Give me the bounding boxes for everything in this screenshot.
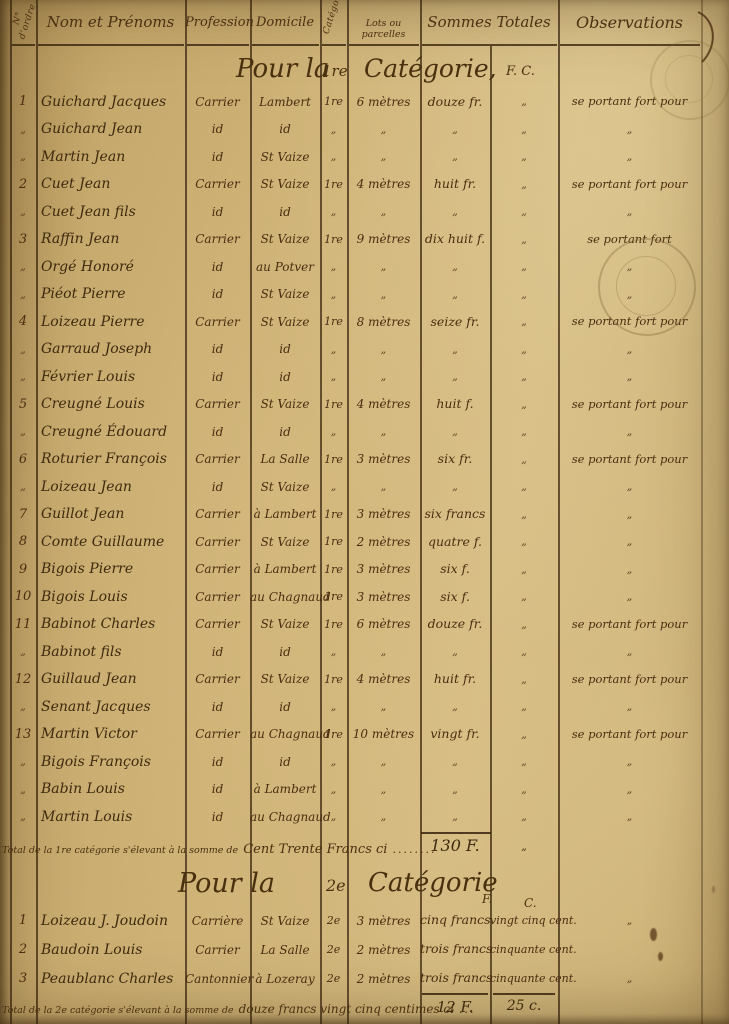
header-col-domicile: Domicile <box>250 15 320 30</box>
table-row: 2Baudoin LouisCarrierLa Salle2e2 mètrest… <box>10 935 701 964</box>
cell-cat: 2e <box>320 944 347 955</box>
cell-prof: Cantonnier <box>185 973 250 985</box>
cell-dom: id <box>250 123 320 135</box>
table-row: „Martin JeanidSt Vaize„„„„„ <box>10 143 701 171</box>
cell-cat: „ <box>320 289 347 300</box>
cell-f: six f. <box>420 563 490 576</box>
cell-lots: 3 mètres <box>347 563 420 575</box>
cell-no: „ <box>10 481 36 492</box>
cell-no: „ <box>10 784 36 795</box>
cell-no: 1 <box>10 914 36 927</box>
header-col-lots: Lots ou parcelles <box>347 18 420 40</box>
cell-dom: id <box>250 371 320 383</box>
cell-c: „ <box>490 591 558 602</box>
cell-lots: 6 mètres <box>347 96 420 108</box>
cell-f: seize fr. <box>420 316 490 329</box>
cell-nom: Guillaud Jean <box>36 672 185 686</box>
table-row: 2Cuet JeanCarrierSt Vaize1re4 mètreshuit… <box>10 171 701 199</box>
table-row: 4Loizeau PierreCarrierSt Vaize1re8 mètre… <box>10 308 701 336</box>
total-row-1: Total de la 1re catégorie s'élevant à la… <box>2 838 437 857</box>
cell-dom: à Lambert <box>250 783 320 795</box>
cell-lots: 4 mètres <box>347 398 420 410</box>
cell-prof: id <box>185 783 250 795</box>
table-row: „Orgé Honoréidau Potver„„„„„ <box>10 253 701 281</box>
cell-obs: „ <box>558 564 701 575</box>
cell-prof: id <box>185 701 250 713</box>
cell-nom: Martin Victor <box>36 727 185 741</box>
cell-prof: Carrier <box>185 728 250 740</box>
cell-no: „ <box>10 289 36 300</box>
cell-no: „ <box>10 646 36 657</box>
cell-obs: „ <box>558 591 701 602</box>
cell-prof: Carrier <box>185 944 250 956</box>
table-row: „Cuet Jean filsidid„„„„„ <box>10 198 701 226</box>
header-rule <box>349 44 419 46</box>
cell-no: 12 <box>10 673 36 686</box>
header-rule <box>38 44 184 46</box>
total-row-2: Total de la 2e catégorie s'élevant à la … <box>2 998 476 1017</box>
cell-f: „ <box>420 261 490 272</box>
sum-rule <box>421 832 491 834</box>
cell-no: „ <box>10 371 36 382</box>
cell-cat: 1re <box>320 536 347 547</box>
embossed-stamp <box>598 238 696 336</box>
cell-f: trois francs <box>420 972 490 985</box>
cell-prof: id <box>185 646 250 658</box>
cell-nom: Loizeau Jean <box>36 480 185 494</box>
cell-f: „ <box>420 344 490 355</box>
header-rule <box>422 44 557 46</box>
cell-lots: „ <box>347 811 420 822</box>
table-row: „Garraud Josephidid„„„„„ <box>10 336 701 364</box>
cell-obs: „ <box>558 124 701 135</box>
section-title-f-mark: F. <box>482 892 492 906</box>
cell-cat: „ <box>320 481 347 492</box>
cell-obs: „ <box>558 784 701 795</box>
cell-c: „ <box>490 756 558 767</box>
cell-prof: id <box>185 756 250 768</box>
cell-nom: Bigois François <box>36 755 185 769</box>
cell-dom: St Vaize <box>250 288 320 300</box>
header-col-observations: Observations <box>558 13 701 32</box>
table-row: „Février Louisidid„„„„„ <box>10 363 701 391</box>
cell-cat: „ <box>320 371 347 382</box>
cell-obs: se portant fort pour <box>558 179 701 191</box>
cell-lots: 2 mètres <box>347 973 420 985</box>
cell-no: „ <box>10 206 36 217</box>
cell-dom: St Vaize <box>250 915 320 927</box>
cell-dom: id <box>250 646 320 658</box>
cell-dom: St Vaize <box>250 673 320 685</box>
cell-f: six fr. <box>420 453 490 466</box>
cell-prof: Carrier <box>185 398 250 410</box>
cell-cat: 1re <box>320 96 347 107</box>
cell-prof: Carrier <box>185 673 250 685</box>
embossed-stamp <box>650 40 729 120</box>
paper-damage <box>712 886 715 893</box>
cell-lots: 6 mètres <box>347 618 420 630</box>
header-col-profession: Profession <box>185 15 250 30</box>
table-row: „Creugné Édouardidid„„„„„ <box>10 418 701 446</box>
column-divider-right <box>701 0 703 1024</box>
cell-f: „ <box>420 811 490 822</box>
cell-c: „ <box>490 151 558 162</box>
cell-dom: à Lambert <box>250 563 320 575</box>
cell-lots: 3 mètres <box>347 453 420 465</box>
cell-dom: St Vaize <box>250 151 320 163</box>
cell-prof: id <box>185 481 250 493</box>
cell-lots: „ <box>347 784 420 795</box>
cell-dom: au Chagnaud <box>250 728 320 740</box>
cell-c: cinquante cent. <box>490 944 558 955</box>
cell-nom: Baudoin Louis <box>36 943 185 957</box>
cell-f: „ <box>420 784 490 795</box>
cell-c: „ <box>490 316 558 327</box>
cell-lots: „ <box>347 426 420 437</box>
cell-no: 10 <box>10 590 36 603</box>
cell-c: „ <box>490 261 558 272</box>
cell-nom: Raffin Jean <box>36 232 185 246</box>
cell-obs: „ <box>558 646 701 657</box>
cell-no: 3 <box>10 972 36 985</box>
cell-c: „ <box>490 234 558 245</box>
cell-prof: id <box>185 288 250 300</box>
cell-cat: „ <box>320 261 347 272</box>
cell-f: „ <box>420 371 490 382</box>
cell-f: „ <box>420 124 490 135</box>
cell-lots: „ <box>347 289 420 300</box>
cell-c: „ <box>490 674 558 685</box>
table-row: 1Guichard JacquesCarrierLambert1re6 mètr… <box>10 88 701 116</box>
total-prefix: Total de la 2e catégorie s'élevant à la … <box>2 1005 234 1016</box>
section-title-fc: F. C. <box>506 64 535 79</box>
table-row: 12Guillaud JeanCarrierSt Vaize1re4 mètre… <box>10 666 701 694</box>
cell-f: „ <box>420 481 490 492</box>
table-row: 9Bigois PierreCarrierà Lambert1re3 mètre… <box>10 556 701 584</box>
cell-no: 2 <box>10 943 36 956</box>
total-amount-centimes: „ <box>494 840 554 853</box>
sum-rule <box>422 993 488 995</box>
cell-f: „ <box>420 646 490 657</box>
cell-cat: „ <box>320 811 347 822</box>
cell-obs: se portant fort pour <box>558 399 701 411</box>
cell-c: „ <box>490 811 558 822</box>
cell-no: „ <box>10 701 36 712</box>
cell-prof: Carrier <box>185 233 250 245</box>
cell-c: „ <box>490 289 558 300</box>
cell-lots: „ <box>347 151 420 162</box>
total-amount-francs: 130 F. <box>424 836 486 855</box>
cell-no: 2 <box>10 178 36 191</box>
cell-c: „ <box>490 454 558 465</box>
cell-cat: 1re <box>320 234 347 245</box>
cell-lots: 4 mètres <box>347 673 420 685</box>
cell-dom: au Chagnaud <box>250 591 320 603</box>
cell-f: „ <box>420 206 490 217</box>
cell-nom: Babinot fils <box>36 645 185 659</box>
cell-dom: La Salle <box>250 944 320 956</box>
cell-cat: „ <box>320 701 347 712</box>
cell-cat: 2e <box>320 915 347 926</box>
cell-dom: St Vaize <box>250 178 320 190</box>
table-row: „Martin Louisidau Chagnaud„„„„„ <box>10 803 701 831</box>
cell-obs: se portant fort pour <box>558 729 701 741</box>
cell-c: „ <box>490 509 558 520</box>
cell-no: 4 <box>10 315 36 328</box>
cell-f: „ <box>420 426 490 437</box>
cell-f: „ <box>420 289 490 300</box>
cell-lots: 3 mètres <box>347 591 420 603</box>
cell-dom: Lambert <box>250 96 320 108</box>
cell-cat: „ <box>320 124 347 135</box>
cell-no: 7 <box>10 508 36 521</box>
cell-cat: „ <box>320 151 347 162</box>
cell-nom: Babin Louis <box>36 782 185 796</box>
cell-f: huit fr. <box>420 673 490 686</box>
cell-obs: „ <box>558 206 701 217</box>
cell-c: „ <box>490 399 558 410</box>
cell-lots: 2 mètres <box>347 536 420 548</box>
cell-no: „ <box>10 811 36 822</box>
cell-f: „ <box>420 151 490 162</box>
cell-prof: Carrier <box>185 591 250 603</box>
header-col-sommes: Sommes Totales <box>420 13 558 31</box>
cell-prof: id <box>185 371 250 383</box>
cell-lots: „ <box>347 646 420 657</box>
cell-dom: au Chagnaud <box>250 811 320 823</box>
cell-cat: „ <box>320 646 347 657</box>
table-row: 7Guillot JeanCarrierà Lambert1re3 mètres… <box>10 501 701 529</box>
cell-c: „ <box>490 206 558 217</box>
cell-prof: id <box>185 261 250 273</box>
table-row: „Loizeau JeanidSt Vaize„„„„„ <box>10 473 701 501</box>
cell-cat: 1re <box>320 674 347 685</box>
cell-dom: à Lozeray <box>250 973 320 985</box>
cell-obs: „ <box>558 151 701 162</box>
cell-cat: „ <box>320 756 347 767</box>
cell-f: huit f. <box>420 398 490 411</box>
section-title-num: 1re <box>322 62 348 80</box>
section-title-pour-la: Pour la <box>178 868 275 899</box>
cell-f: „ <box>420 756 490 767</box>
cell-cat: 1re <box>320 179 347 190</box>
cell-no: 8 <box>10 535 36 548</box>
cell-f: cinq francs <box>420 914 490 927</box>
header-col-categorie: Catégorie <box>321 0 344 35</box>
cell-prof: Carrière <box>185 915 250 927</box>
cell-prof: Carrier <box>185 508 250 520</box>
cell-lots: 3 mètres <box>347 915 420 927</box>
cell-nom: Cuet Jean fils <box>36 205 185 219</box>
cell-cat: „ <box>320 206 347 217</box>
cell-no: 9 <box>10 563 36 576</box>
cell-f: six f. <box>420 591 490 604</box>
cell-lots: 9 mètres <box>347 233 420 245</box>
cell-dom: St Vaize <box>250 316 320 328</box>
cell-dom: St Vaize <box>250 233 320 245</box>
cell-obs: „ <box>558 481 701 492</box>
cell-obs: „ <box>558 344 701 355</box>
table-row: „Bigois Françoisidid„„„„„ <box>10 748 701 776</box>
cell-prof: id <box>185 426 250 438</box>
cell-lots: „ <box>347 124 420 135</box>
cell-cat: 1re <box>320 454 347 465</box>
cell-obs: „ <box>558 536 701 547</box>
cell-nom: Piéot Pierre <box>36 287 185 301</box>
cell-nom: Bigois Louis <box>36 590 185 604</box>
cell-dom: id <box>250 756 320 768</box>
cell-no: „ <box>10 261 36 272</box>
cell-cat: 1re <box>320 729 347 740</box>
cell-lots: „ <box>347 756 420 767</box>
cell-prof: id <box>185 206 250 218</box>
cell-no: „ <box>10 426 36 437</box>
cell-prof: Carrier <box>185 453 250 465</box>
cell-cat: 1re <box>320 316 347 327</box>
cell-obs: „ <box>558 426 701 437</box>
cell-nom: Garraud Joseph <box>36 342 185 356</box>
cell-obs: „ <box>558 701 701 712</box>
cell-lots: „ <box>347 261 420 272</box>
cell-c: „ <box>490 536 558 547</box>
header-rule <box>12 44 35 46</box>
section-title-categorie: Catégorie, <box>364 54 497 83</box>
cell-cat: „ <box>320 784 347 795</box>
cell-nom: Peaublanc Charles <box>36 972 185 986</box>
cell-c: „ <box>490 344 558 355</box>
cell-c: „ <box>490 784 558 795</box>
cell-c: „ <box>490 96 558 107</box>
cell-lots: 4 mètres <box>347 178 420 190</box>
cell-c: „ <box>490 564 558 575</box>
section-1-rows: 1Guichard JacquesCarrierLambert1re6 mètr… <box>10 88 701 831</box>
cell-f: dix huit f. <box>420 233 490 246</box>
cell-no: 1 <box>10 95 36 108</box>
cell-f: douze fr. <box>420 618 490 631</box>
cell-prof: id <box>185 343 250 355</box>
cell-obs: „ <box>558 756 701 767</box>
cell-obs: „ <box>558 915 701 926</box>
section-2-rows: 1Loizeau J. JoudoinCarrièreSt Vaize2e3 m… <box>10 906 701 993</box>
cell-dom: St Vaize <box>250 481 320 493</box>
table-row: 1Loizeau J. JoudoinCarrièreSt Vaize2e3 m… <box>10 906 701 935</box>
cell-c: vingt cinq cent. <box>490 915 558 926</box>
cell-dom: id <box>250 426 320 438</box>
total-words: douze francs vingt cinq centimes ci <box>239 1002 454 1016</box>
cell-obs: se portant fort pour <box>558 454 701 466</box>
cell-f: huit fr. <box>420 178 490 191</box>
register-page: N° d'ordre Nom et Prénoms Profession Dom… <box>0 0 729 1024</box>
cell-no: 3 <box>10 233 36 246</box>
cell-lots: „ <box>347 701 420 712</box>
cell-lots: „ <box>347 371 420 382</box>
table-row: 10Bigois LouisCarrierau Chagnaud1re3 mèt… <box>10 583 701 611</box>
cell-cat: 1re <box>320 591 347 602</box>
cell-nom: Babinot Charles <box>36 617 185 631</box>
cell-f: vingt fr. <box>420 728 490 741</box>
cell-no: 13 <box>10 728 36 741</box>
cell-c: „ <box>490 481 558 492</box>
cell-nom: Creugné Édouard <box>36 425 185 439</box>
cell-nom: Martin Louis <box>36 810 185 824</box>
section-title-num: 2e <box>326 876 346 895</box>
cell-nom: Creugné Louis <box>36 397 185 411</box>
table-row: 8Comte GuillaumeCarrierSt Vaize1re2 mètr… <box>10 528 701 556</box>
cell-cat: 1re <box>320 619 347 630</box>
table-row: „Babinot filsidid„„„„„ <box>10 638 701 666</box>
cell-no: „ <box>10 756 36 767</box>
cell-prof: Carrier <box>185 178 250 190</box>
cell-dom: id <box>250 206 320 218</box>
cell-dom: La Salle <box>250 453 320 465</box>
cell-obs: „ <box>558 509 701 520</box>
cell-nom: Guillot Jean <box>36 507 185 521</box>
cell-nom: Roturier François <box>36 452 185 466</box>
cell-lots: „ <box>347 206 420 217</box>
cell-dom: id <box>250 343 320 355</box>
cell-nom: Orgé Honoré <box>36 260 185 274</box>
cell-no: „ <box>10 124 36 135</box>
cell-nom: Comte Guillaume <box>36 535 185 549</box>
paper-damage <box>658 952 663 961</box>
cell-no: 6 <box>10 453 36 466</box>
cell-obs: „ <box>558 811 701 822</box>
cell-f: „ <box>420 701 490 712</box>
table-row: 13Martin VictorCarrierau Chagnaud1re10 m… <box>10 721 701 749</box>
cell-cat: 2e <box>320 973 347 984</box>
cell-prof: id <box>185 151 250 163</box>
cell-lots: „ <box>347 344 420 355</box>
cell-nom: Loizeau J. Joudoin <box>36 914 185 928</box>
cell-lots: 10 mètres <box>347 728 420 740</box>
cell-obs: se portant fort pour <box>558 674 701 686</box>
cell-nom: Guichard Jacques <box>36 95 185 109</box>
cell-f: quatre f. <box>420 536 490 549</box>
cell-c: „ <box>490 729 558 740</box>
table-row: „Babin Louisidà Lambert„„„„„ <box>10 776 701 804</box>
section-title-categorie: Catégorie <box>368 868 498 898</box>
total-prefix: Total de la 1re catégorie s'élevant à la… <box>2 845 238 856</box>
header-rule <box>322 44 346 46</box>
table-row: „Senant Jacquesidid„„„„„ <box>10 693 701 721</box>
cell-c: cinquante cent. <box>490 973 558 984</box>
cell-nom: Senant Jacques <box>36 700 185 714</box>
cell-f: trois francs <box>420 943 490 956</box>
cell-obs: „ <box>558 371 701 382</box>
cell-lots: 2 mètres <box>347 944 420 956</box>
table-row: 6Roturier FrançoisCarrierLa Salle1re3 mè… <box>10 446 701 474</box>
cell-prof: Carrier <box>185 563 250 575</box>
sum-rule <box>493 993 555 995</box>
cell-prof: id <box>185 811 250 823</box>
cell-cat: 1re <box>320 509 347 520</box>
total-amount-centimes: 25 c. <box>493 998 555 1014</box>
cell-prof: Carrier <box>185 316 250 328</box>
cell-nom: Cuet Jean <box>36 177 185 191</box>
cell-no: 5 <box>10 398 36 411</box>
cell-c: „ <box>490 646 558 657</box>
cell-lots: 8 mètres <box>347 316 420 328</box>
table-row: 3Raffin JeanCarrierSt Vaize1re9 mètresdi… <box>10 226 701 254</box>
cell-f: douze fr. <box>420 96 490 109</box>
cell-c: „ <box>490 701 558 712</box>
cell-lots: „ <box>347 481 420 492</box>
header-rule <box>252 44 319 46</box>
cell-nom: Martin Jean <box>36 150 185 164</box>
cell-c: „ <box>490 426 558 437</box>
cell-prof: Carrier <box>185 536 250 548</box>
cell-dom: St Vaize <box>250 536 320 548</box>
